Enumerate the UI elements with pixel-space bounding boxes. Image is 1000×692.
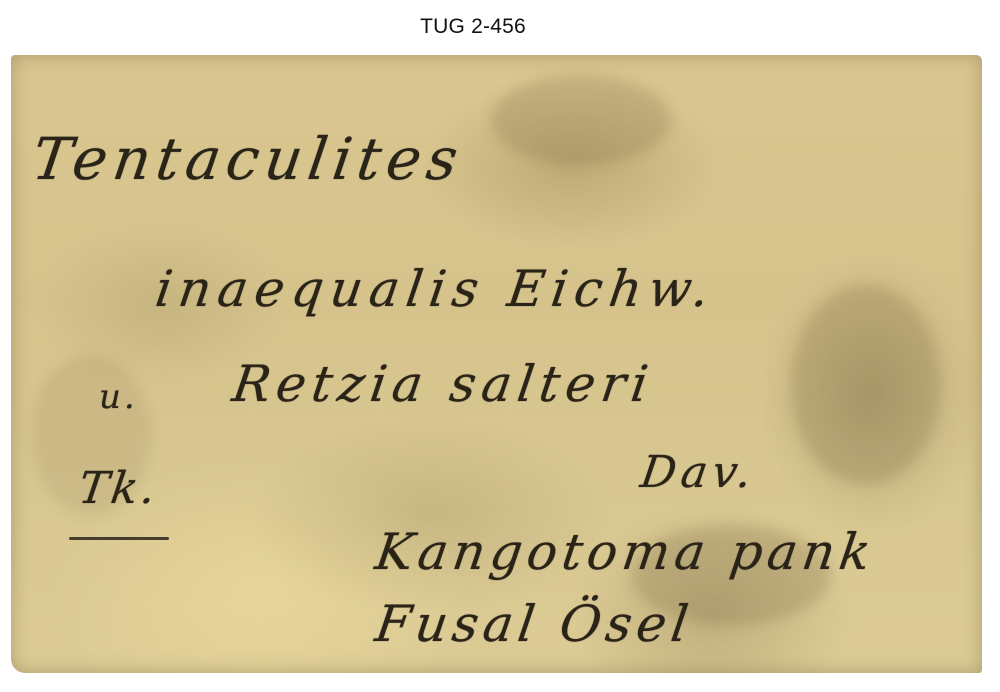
- handwritten-genus-tentaculites: Tentaculites: [28, 125, 468, 193]
- paper-stain: [491, 75, 671, 165]
- specimen-label-card: Tentaculites inaequalis Eichw. u. Retzia…: [11, 55, 982, 673]
- catalog-mark-underline: [69, 537, 169, 540]
- paper-stain: [791, 285, 941, 485]
- handwritten-catalog-mark: Tk.: [75, 463, 161, 514]
- handwritten-island-locality: Fusal Ösel: [372, 595, 697, 653]
- specimen-catalog-title: TUG 2-456: [0, 15, 946, 39]
- handwritten-locality: Kangotoma pank: [372, 523, 879, 581]
- handwritten-species-inaequalis: inaequalis Eichw.: [152, 260, 720, 318]
- handwritten-author-dav: Dav.: [637, 447, 759, 498]
- handwritten-conjunction: u.: [99, 377, 138, 417]
- handwritten-retzia-salteri: Retzia salteri: [229, 355, 658, 413]
